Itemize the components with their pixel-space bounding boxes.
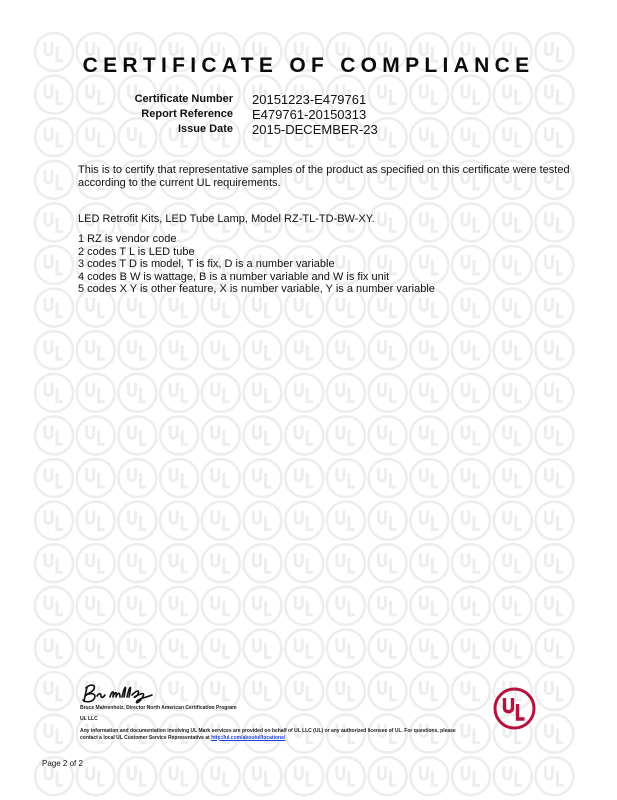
certification-statement-line: This is to certify that representative s…	[78, 164, 570, 177]
model-code-item: 1 RZ is vendor code	[78, 233, 435, 246]
ul-logo-icon	[493, 687, 536, 730]
model-code-list: 1 RZ is vendor code 2 codes T L is LED t…	[78, 233, 435, 296]
product-description: LED Retrofit Kits, LED Tube Lamp, Model …	[78, 213, 375, 226]
certification-statement: This is to certify that representative s…	[78, 164, 570, 189]
report-reference-row: Report Reference E479761-20150313	[0, 107, 617, 122]
report-reference-value: E479761-20150313	[252, 107, 366, 122]
certificate-meta: Certificate Number 20151223-E479761 Repo…	[0, 92, 617, 137]
disclaimer-line: contact a local UL Customer Service Repr…	[80, 735, 456, 742]
disclaimer-prefix: contact a local UL Customer Service Repr…	[80, 735, 211, 741]
certificate-number-value: 20151223-E479761	[252, 92, 366, 107]
certification-statement-line: according to the current UL requirements…	[78, 177, 570, 190]
model-code-item: 5 codes X Y is other feature, X is numbe…	[78, 283, 435, 296]
issue-date-row: Issue Date 2015-DECEMBER-23	[0, 122, 617, 137]
certificate-title: CERTIFICATE OF COMPLIANCE	[0, 54, 617, 78]
report-reference-label: Report Reference	[141, 107, 233, 122]
certificate-number-row: Certificate Number 20151223-E479761	[0, 92, 617, 107]
issue-date-label: Issue Date	[178, 122, 233, 137]
model-code-item: 4 codes B W is wattage, B is a number va…	[78, 271, 435, 284]
locations-link[interactable]: http://ul.com/aboutul/locations/	[211, 735, 285, 741]
signer-name: Bruce Mahrenholz, Director North America…	[80, 705, 237, 711]
model-code-item: 3 codes T D is model, T is fix, D is a n…	[78, 258, 435, 271]
model-code-item: 2 codes T L is LED tube	[78, 246, 435, 259]
issue-date-value: 2015-DECEMBER-23	[252, 122, 378, 137]
page-number: Page 2 of 2	[42, 759, 83, 768]
company-name: UL LLC	[80, 716, 98, 722]
disclaimer-text: Any information and documentation involv…	[80, 728, 456, 741]
signature-icon	[80, 680, 160, 706]
certificate-number-label: Certificate Number	[135, 92, 233, 107]
